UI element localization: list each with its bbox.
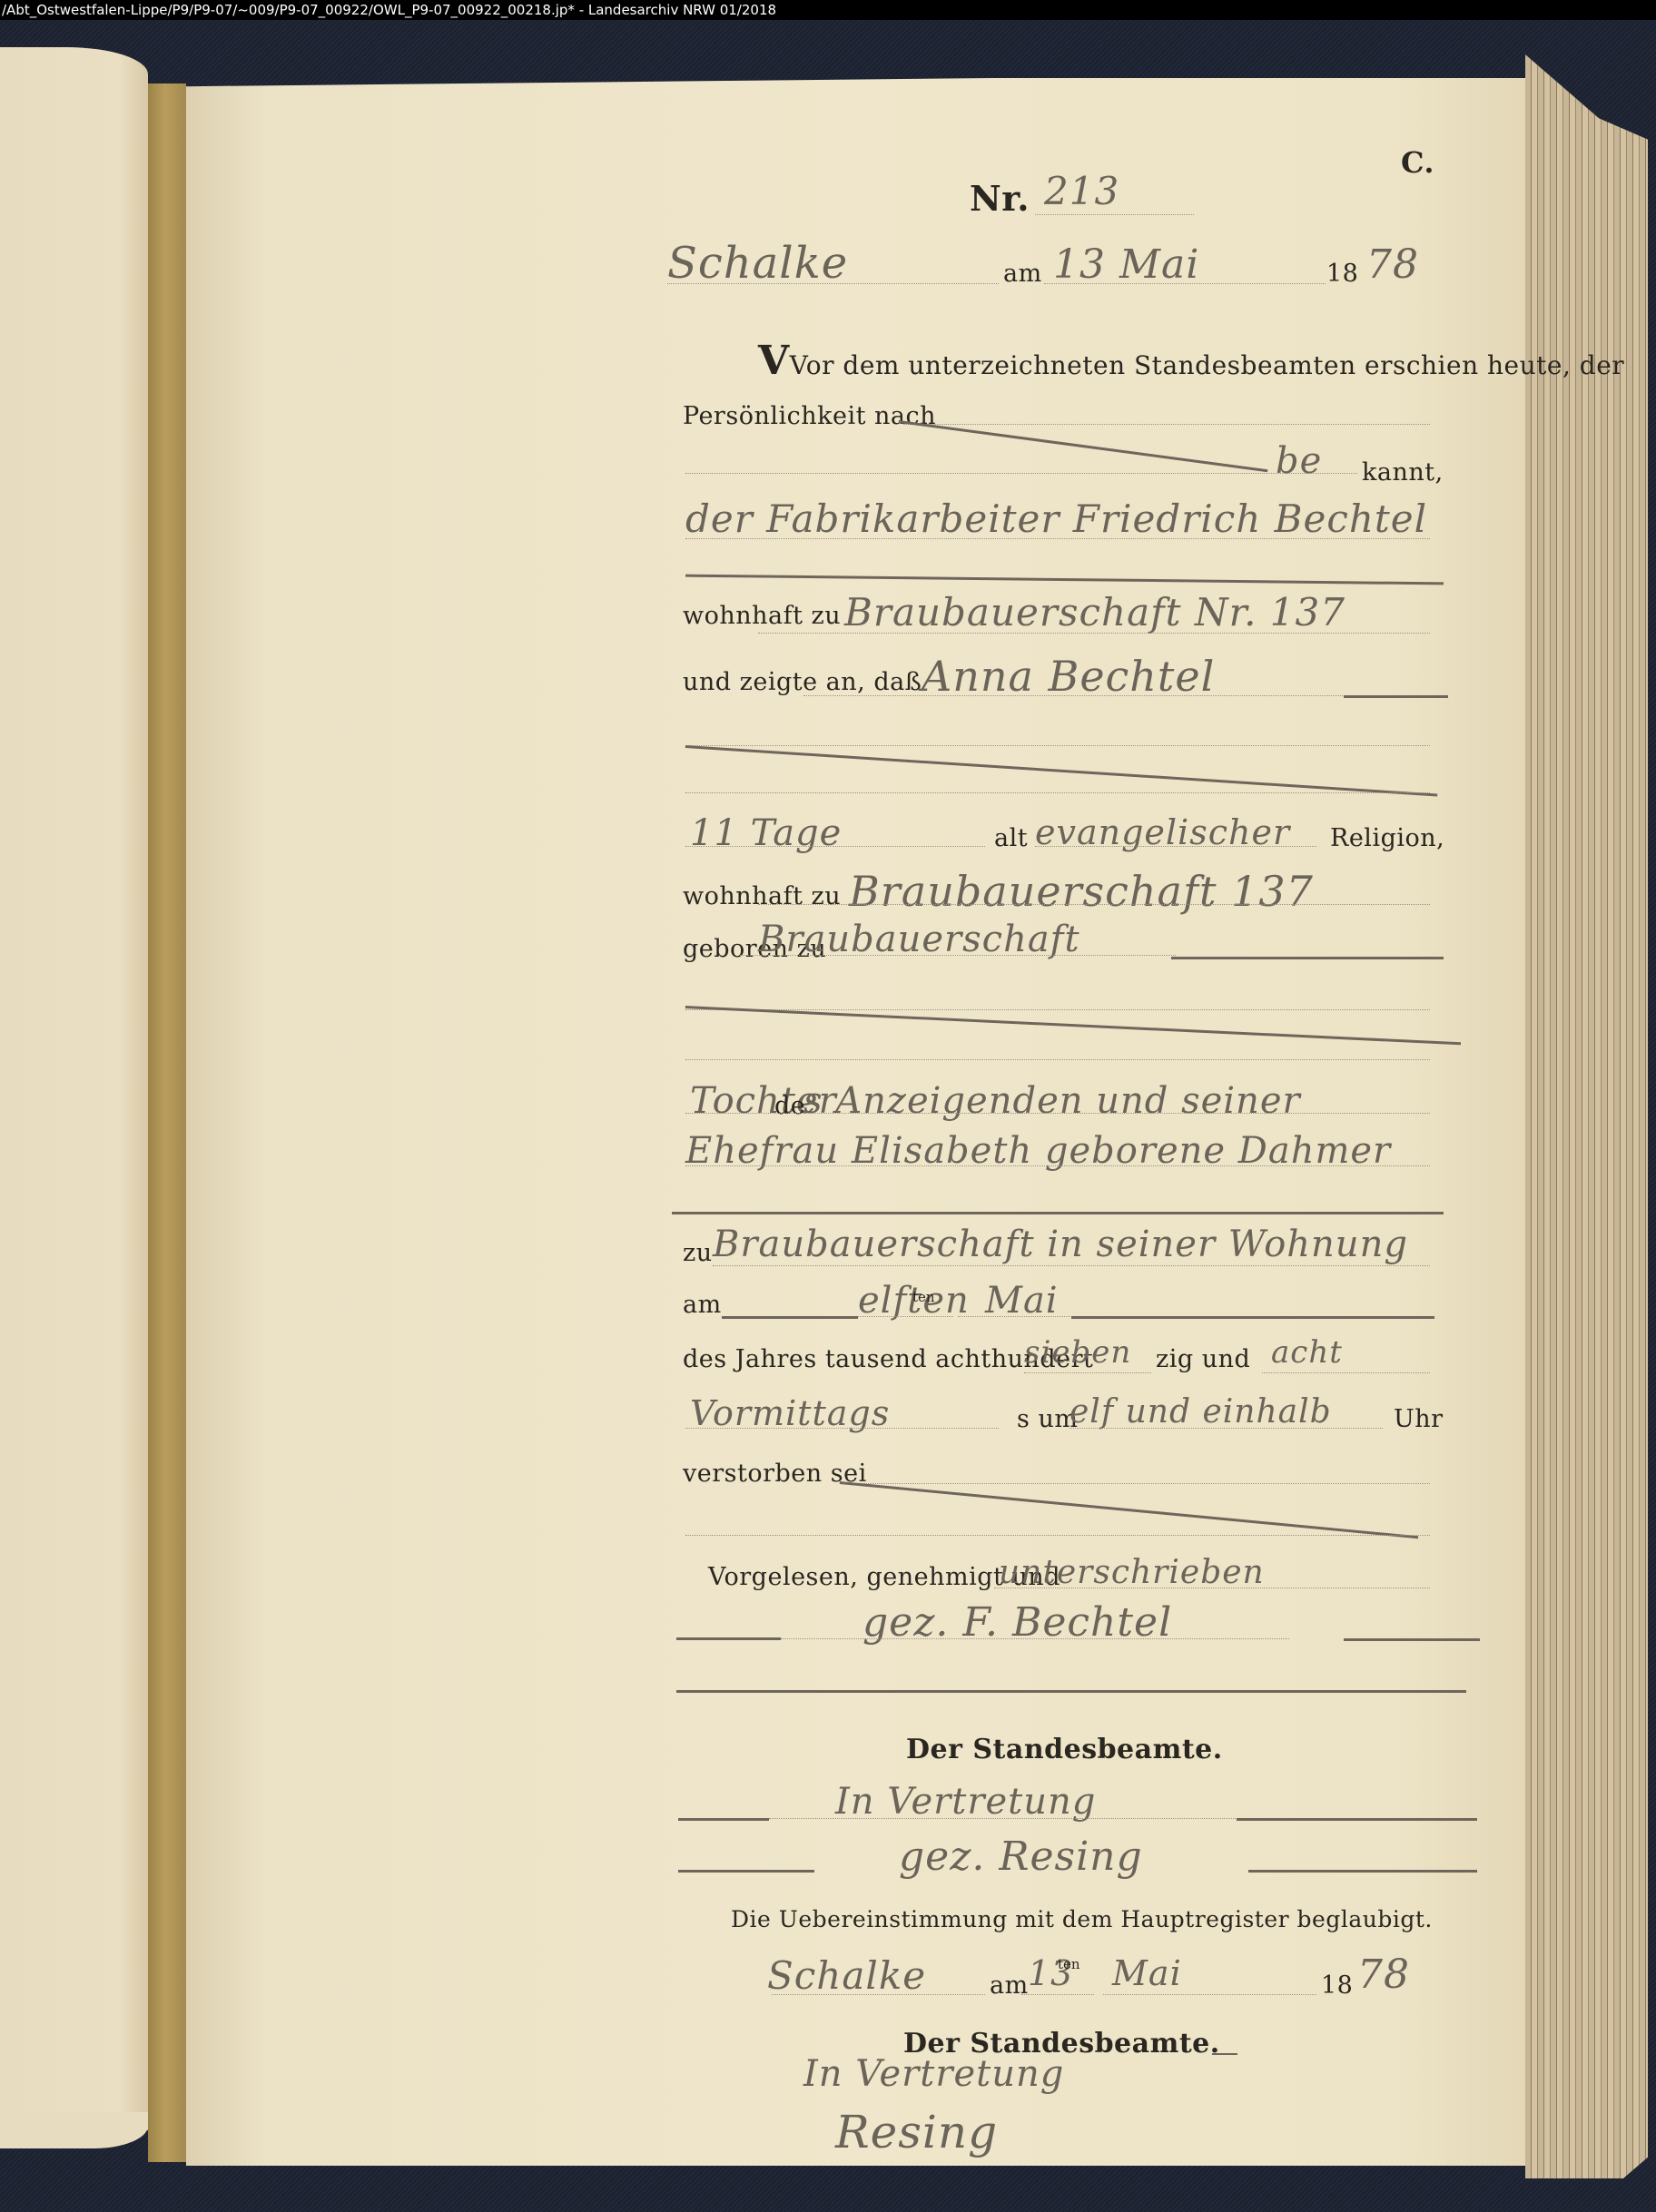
born-fill [1171,957,1444,959]
born-line [740,955,1176,956]
religion-line [1035,846,1316,847]
certification-am-label: am [990,1971,1029,2000]
certification-place: Schalke [767,1953,926,1998]
declaration-fill [1344,695,1448,698]
register-page [186,78,1530,2166]
deceased-residence-value: Braubauerschaft 137 [849,867,1314,916]
death-period-line [685,1428,999,1429]
intro-line-1: VVor dem unterzeichneten Standesbeamten … [758,338,1624,384]
death-date-fill-left [722,1316,858,1319]
declaration-line [803,695,1348,696]
death-hour-value: elf und einhalb [1069,1393,1332,1430]
record-number-value: 213 [1044,169,1119,213]
deceased-residence-line [758,904,1430,905]
informant-line [685,538,1430,539]
registrar-signature-1: gez. Resing [899,1834,1143,1880]
death-date-fill-right [1071,1316,1434,1319]
residence-label: wohnhaft zu [683,602,841,630]
registrar-fill-left-1 [678,1818,769,1821]
certification-month-line [1103,1994,1316,1995]
deceased-residence-label: wohnhaft zu [683,882,841,910]
parents-line1-printed: de [774,1092,805,1120]
uhr-label: Uhr [1394,1405,1444,1433]
death-year-units-value: acht [1271,1334,1343,1371]
informant-signature-line [781,1638,1289,1639]
blank-line-1 [685,745,1430,746]
certification-text: Die Uebereinstimmung mit dem Hauptregist… [731,1906,1433,1932]
record-number-line [1035,214,1194,215]
known-prefix-value: be [1276,440,1322,482]
closing-value: unterschrieben [999,1554,1265,1591]
parents-line-1 [685,1113,1430,1114]
left-page [0,47,148,2130]
death-year-tens-value: sieben [1024,1334,1131,1371]
residence-line [758,633,1430,634]
known-suffix: kannt, [1362,458,1444,487]
book-gutter [148,84,186,2162]
deceased-verb-line [840,1483,1430,1484]
parents-line-2 [685,1165,1430,1166]
signature-fill-left [676,1637,781,1640]
rule-2 [672,1212,1444,1214]
section-letter: C. [1401,145,1434,180]
zig-label: zig und [1156,1345,1250,1373]
death-place-line [713,1265,1430,1266]
rule-3 [676,1690,1466,1693]
blank-line-5 [685,1535,1430,1536]
certification-year-suffix: 78 [1357,1951,1410,1998]
window-title: /Abt_Ostwestfalen-Lippe/P9/P9-07/~009/P9… [2,2,776,18]
parents-line1-b: s Anzeigenden und seiner [803,1080,1301,1122]
certification-year-prefix: 18 [1321,1971,1353,2000]
informant-value: der Fabrikarbeiter Friedrich Bechtel [685,496,1427,541]
registrar-fill-right-1 [1237,1818,1477,1821]
death-place-value: Braubauerschaft in seiner Wohnung [713,1224,1408,1265]
age-value: 11 Tage [690,812,842,854]
death-hour-line [1069,1428,1383,1429]
registrar-role-2: In Vertretung [803,2053,1064,2095]
registrar-signature-2: Resing [835,2106,998,2158]
personality-line [903,424,1430,425]
death-month-line [958,1316,1076,1317]
personality-label: Persönlichkeit nach [683,402,936,430]
closing-line [994,1588,1430,1588]
death-place-label: zu [683,1239,713,1267]
place-value: Schalke [667,238,848,289]
alt-label: alt [994,824,1028,852]
certification-month: Mai [1112,1953,1182,1993]
window-title-bar: /Abt_Ostwestfalen-Lippe/P9/P9-07/~009/P9… [0,0,1656,20]
certification-day-suffix: ten [1058,1956,1080,1972]
registrar-role-1: In Vertretung [835,1781,1096,1823]
intro-drop-cap: V [758,338,790,384]
registrar-title-dash [1212,2053,1237,2055]
death-day-suffix: ten [912,1289,935,1305]
residence-value: Braubauerschaft Nr. 137 [844,590,1345,634]
place-line [667,283,999,284]
year-suffix: 78 [1366,241,1419,288]
registrar-title-1: Der Standesbeamte. [906,1734,1223,1765]
death-day-line [858,1316,953,1317]
registrar-sig-fill-left [678,1870,814,1873]
date-value: 13 Mai [1053,241,1199,288]
declaration-label: und zeigte an, daß [683,668,922,696]
death-year-tens-line [1024,1372,1151,1373]
known-line [685,473,1357,474]
intro-text: Vor dem unterzeichneten Standesbeamten e… [790,350,1625,380]
blank-line-2 [685,792,1430,793]
record-number-label: Nr. [970,178,1030,219]
certification-place-line [772,1994,985,1995]
registrar-role-line-1 [769,1818,1241,1819]
death-date-label: am [683,1291,722,1319]
religion-label: Religion, [1330,824,1444,852]
certification-day-line [1021,1994,1094,1995]
age-line [685,846,985,847]
registrar-sig-fill-right [1248,1870,1477,1873]
date-line [1044,283,1326,284]
declaration-value: Anna Bechtel [922,652,1215,701]
year-prefix: 18 [1326,260,1358,288]
blank-line-4 [685,1059,1430,1060]
am-label: am [1003,260,1042,288]
death-year-units-line [1262,1372,1430,1373]
signature-fill-right [1344,1638,1480,1641]
